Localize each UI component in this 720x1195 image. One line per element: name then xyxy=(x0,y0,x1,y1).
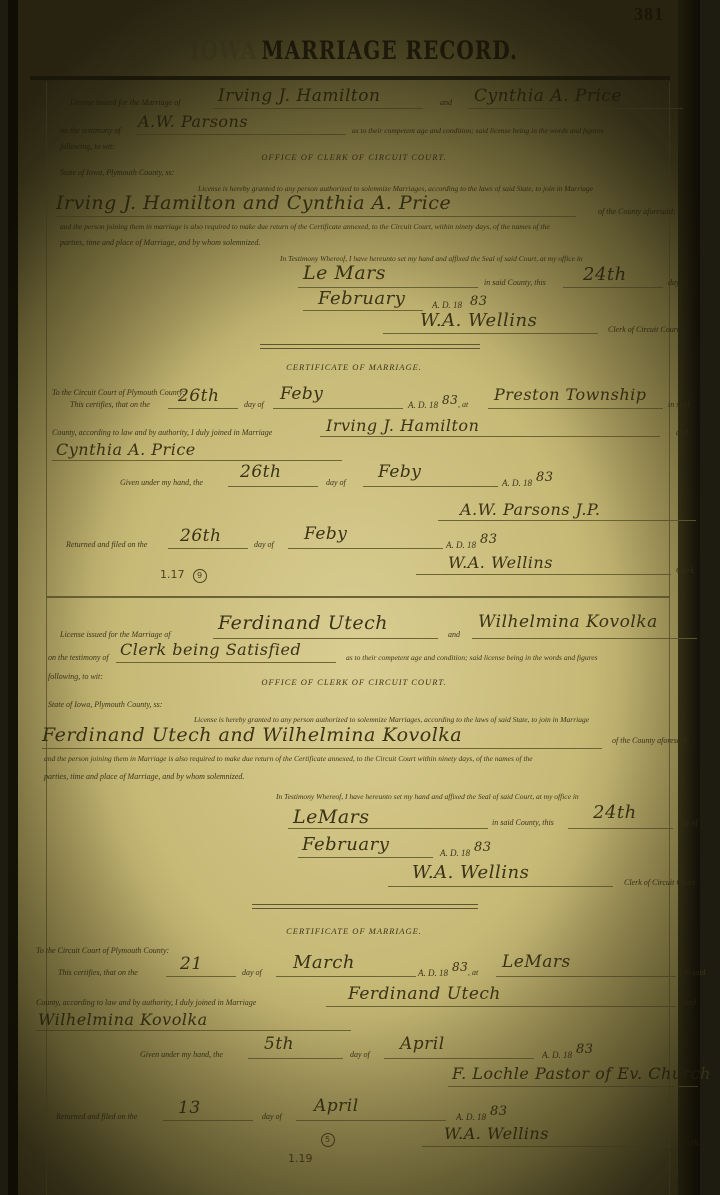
marriage-month-line xyxy=(276,976,416,977)
groom-line xyxy=(213,108,423,109)
certificate-heading: CERTIFICATE OF MARRIAGE. xyxy=(8,362,700,372)
given-day: 5th xyxy=(264,1034,294,1054)
label-competent: as to their competent age and condition;… xyxy=(346,653,598,662)
parties-names: Irving J. Hamilton and Cynthia A. Price xyxy=(56,192,451,214)
bride-line xyxy=(472,638,697,639)
label-certifies: This certifies, that on the xyxy=(58,968,138,977)
label-county-this: in said County, this xyxy=(484,278,546,287)
cert-bride: Wilhelmina Kovolka xyxy=(38,1010,208,1029)
label-returned: Returned and filed on the xyxy=(66,540,147,549)
marriage-month-line xyxy=(273,408,403,409)
clerk-line xyxy=(388,886,613,887)
label-returned: Returned and filed on the xyxy=(56,1112,137,1121)
label-in-said: in said xyxy=(668,400,690,409)
cert-clerk-line xyxy=(422,1146,672,1147)
label-county-this: in said County, this xyxy=(492,818,554,827)
label-ad-at: A. D. 18 xyxy=(408,400,438,410)
parties-line xyxy=(56,216,576,217)
bride-name: Cynthia A. Price xyxy=(474,86,622,106)
label-issued: License issued for the Marriage of xyxy=(60,630,170,639)
label-returned-day-of: day of xyxy=(254,540,274,549)
page-number: 381 xyxy=(634,4,664,25)
groom-line xyxy=(213,638,438,639)
officiant-signature: F. Lochle Pastor of Ev. Church xyxy=(452,1064,711,1083)
marriage-month: Feby xyxy=(280,384,323,404)
label-clerk: Clerk of Circuit Court. xyxy=(624,878,697,887)
label-returned-day-of: day of xyxy=(262,1112,282,1121)
label-county: of the County aforesaid: xyxy=(598,207,676,216)
label-and: and xyxy=(440,98,452,107)
given-month-line xyxy=(384,1058,534,1059)
label-following: following, to wit: xyxy=(60,142,115,151)
label-in-said: in said xyxy=(684,968,706,977)
cert-bride-line xyxy=(36,1030,351,1031)
groom-name: Ferdinand Utech xyxy=(218,612,388,634)
section-separator xyxy=(260,344,480,349)
parties-time-line: parties, time and place of Marriage, and… xyxy=(60,238,260,247)
returned-day: 26th xyxy=(180,526,221,546)
label-given-day-of: day of xyxy=(350,1050,370,1059)
parties-line xyxy=(42,748,602,749)
label-cert-clerk: Clerk. xyxy=(676,566,696,575)
label-given: Given under my hand, the xyxy=(140,1050,223,1059)
label-day-of: day of xyxy=(242,968,262,977)
groom-name: Irving J. Hamilton xyxy=(218,86,380,106)
marriage-day: 21 xyxy=(180,954,203,974)
label-ad-at: A. D. 18 xyxy=(418,968,448,978)
label-cert-clerk: Clerk. xyxy=(680,1138,700,1147)
returned-day-line xyxy=(168,548,248,549)
month-line xyxy=(303,310,423,311)
bride-name: Wilhelmina Kovolka xyxy=(478,612,658,632)
label-competent: as to their competent age and condition;… xyxy=(352,126,604,135)
office-heading: OFFICE OF CLERK OF CIRCUIT COURT. xyxy=(8,152,700,162)
section-separator xyxy=(252,904,478,909)
marriage-day-line xyxy=(166,976,236,977)
marriage-place: LeMars xyxy=(502,952,571,972)
testimony-line: In Testimony Whereof, I have hereunto se… xyxy=(276,792,579,801)
label-day-of: day of xyxy=(668,278,688,287)
return-line: and the person joining them in Marriage … xyxy=(44,754,533,763)
circled-number: 5 xyxy=(321,1133,335,1147)
label-ad: A. D. 18 xyxy=(432,300,462,310)
label-given: Given under my hand, the xyxy=(120,478,203,487)
label-day-of: day of xyxy=(678,818,698,827)
label-given-ad: A. D. 18 xyxy=(542,1050,572,1060)
day-line xyxy=(563,287,663,288)
witness-name: Clerk being Satisfied xyxy=(120,640,301,659)
margin-annotation: 1.195 xyxy=(288,1152,335,1167)
given-day-line xyxy=(248,1058,343,1059)
marriage-place-line xyxy=(488,408,663,409)
license-day: 24th xyxy=(583,264,627,285)
license-month: February xyxy=(318,288,405,309)
marriage-day: 26th xyxy=(178,386,219,406)
label-and: and xyxy=(684,998,696,1007)
label-at: , at xyxy=(458,400,468,409)
parties-time-line: parties, time and place of Marriage, and… xyxy=(44,772,244,781)
record-page: 381 IOWAMARRIAGE RECORD. License issued … xyxy=(8,0,700,1195)
certificate-heading: CERTIFICATE OF MARRIAGE. xyxy=(8,926,700,936)
office-heading: OFFICE OF CLERK OF CIRCUIT COURT. xyxy=(8,677,700,687)
marriage-month: March xyxy=(293,952,355,973)
given-year: 83 xyxy=(576,1042,594,1057)
marriage-year: 83 xyxy=(442,393,458,407)
marriage-year: 83 xyxy=(452,960,468,974)
return-line: and the person joining them in marriage … xyxy=(60,222,550,231)
label-testimony: on the testimony of xyxy=(60,126,121,135)
office-place: Le Mars xyxy=(303,262,386,284)
to-court: To the Circuit Court of Plymouth County: xyxy=(52,388,185,397)
returned-year: 83 xyxy=(490,1104,508,1119)
given-month: Feby xyxy=(378,462,421,482)
title-text: MARRIAGE RECORD. xyxy=(262,35,518,65)
witness-line xyxy=(136,134,346,135)
given-month-line xyxy=(363,486,498,487)
clerk-signature: W.A. Wellins xyxy=(420,310,537,331)
granted-line: License is hereby granted to any person … xyxy=(194,715,589,724)
day-line xyxy=(568,828,673,829)
given-day: 26th xyxy=(240,462,281,482)
cert-groom-line xyxy=(326,1006,676,1007)
to-court: To the Circuit Court of Plymouth County: xyxy=(36,946,169,955)
cert-groom-line xyxy=(320,436,660,437)
officiant-line xyxy=(438,520,696,521)
label-certifies: This certifies, that on the xyxy=(70,400,150,409)
returned-month-line xyxy=(288,548,443,549)
record-divider xyxy=(46,596,670,598)
label-and: and xyxy=(676,428,688,437)
license-day: 24th xyxy=(593,802,637,823)
clerk-line xyxy=(383,333,598,334)
label-given-day-of: day of xyxy=(326,478,346,487)
label-joined: County, according to law and by authorit… xyxy=(36,998,256,1007)
cert-groom: Irving J. Hamilton xyxy=(326,416,479,435)
license-month: February xyxy=(302,834,389,855)
returned-month: April xyxy=(314,1096,359,1116)
state-line: State of Iowa, Plymouth County, ss: xyxy=(48,700,162,709)
month-line xyxy=(298,857,433,858)
cert-bride-line xyxy=(52,460,342,461)
annotation-number: 1.17 xyxy=(160,568,185,581)
office-place: LeMars xyxy=(293,806,369,828)
label-testimony: on the testimony of xyxy=(48,653,109,662)
witness-line xyxy=(116,662,336,663)
returned-month-line xyxy=(296,1120,446,1121)
returned-day-line xyxy=(163,1120,253,1121)
witness-name: A.W. Parsons xyxy=(138,112,248,131)
bride-line xyxy=(468,108,683,109)
annotation-number: 1.19 xyxy=(288,1152,313,1165)
label-returned-ad: A. D. 18 xyxy=(456,1112,486,1122)
label-clerk: Clerk of Circuit Court. xyxy=(608,325,681,334)
header-rule xyxy=(30,76,670,80)
label-given-ad: A. D. 18 xyxy=(502,478,532,488)
circled-number: 9 xyxy=(193,569,207,583)
given-day-line xyxy=(228,486,318,487)
label-returned-ad: A. D. 18 xyxy=(446,540,476,550)
page-edge-shadow xyxy=(678,0,700,1195)
clerk-signature: W.A. Wellins xyxy=(412,862,529,883)
label-at: , at xyxy=(468,968,478,977)
label-issued: License issued for the Marriage of xyxy=(70,98,180,107)
label-joined: County, according to law and by authorit… xyxy=(52,428,272,437)
cert-bride: Cynthia A. Price xyxy=(56,440,196,459)
label-county: of the County aforesaid: xyxy=(612,736,690,745)
returned-month: Feby xyxy=(304,524,347,544)
marriage-place: Preston Township xyxy=(494,385,646,404)
page-title: IOWAMARRIAGE RECORD. xyxy=(8,35,700,65)
label-and: and xyxy=(448,630,460,639)
marriage-place-line xyxy=(496,976,676,977)
label-ad: A. D. 18 xyxy=(440,848,470,858)
parties-names: Ferdinand Utech and Wilhelmina Kovolka xyxy=(42,724,462,746)
label-day-of: day of xyxy=(244,400,264,409)
officiant-line xyxy=(448,1086,698,1087)
returned-day: 13 xyxy=(178,1098,201,1118)
license-year: 83 xyxy=(470,294,488,309)
officiant-signature: A.W. Parsons J.P. xyxy=(460,500,601,519)
license-year: 83 xyxy=(474,840,492,855)
margin-annotation: 1.179 xyxy=(160,568,207,583)
cert-groom: Ferdinand Utech xyxy=(348,984,501,1004)
returned-year: 83 xyxy=(480,532,498,547)
title-prefix: IOWA xyxy=(190,35,257,65)
place-line xyxy=(288,828,488,829)
cert-clerk-signature: W.A. Wellins xyxy=(448,553,553,572)
cert-clerk-line xyxy=(416,574,671,575)
given-year: 83 xyxy=(536,470,554,485)
given-month: April xyxy=(400,1034,445,1054)
cert-clerk-signature: W.A. Wellins xyxy=(444,1124,549,1143)
state-line: State of Iowa, Plymouth County, ss: xyxy=(60,168,174,177)
marriage-day-line xyxy=(168,408,238,409)
binding-edge xyxy=(8,0,18,1195)
